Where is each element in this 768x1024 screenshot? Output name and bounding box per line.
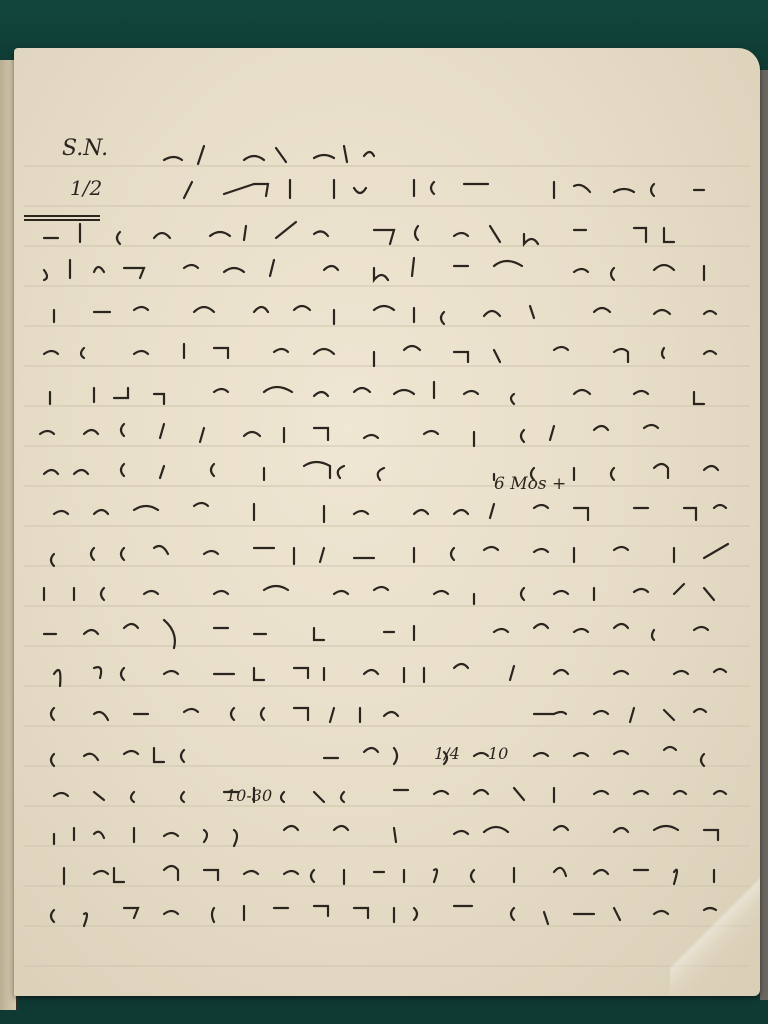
shorthand-strokes: [40, 146, 728, 926]
longhand-ten: 10: [488, 744, 508, 763]
longhand-fraction-half: 1/2: [70, 176, 102, 200]
longhand-ten-thirty: 10-30: [226, 786, 272, 805]
page-corner-glare: [670, 846, 760, 996]
longhand-six-months: 6 Mos +: [494, 474, 566, 494]
header-label: S.N.: [62, 136, 108, 161]
notebook-page: S.N. 1/2 6 Mos + 1/4 10 10-30: [14, 48, 760, 996]
longhand-fraction-quarter: 1/4: [434, 744, 460, 763]
ruled-lines: [14, 48, 760, 996]
page-stack-edge: [760, 70, 768, 1000]
